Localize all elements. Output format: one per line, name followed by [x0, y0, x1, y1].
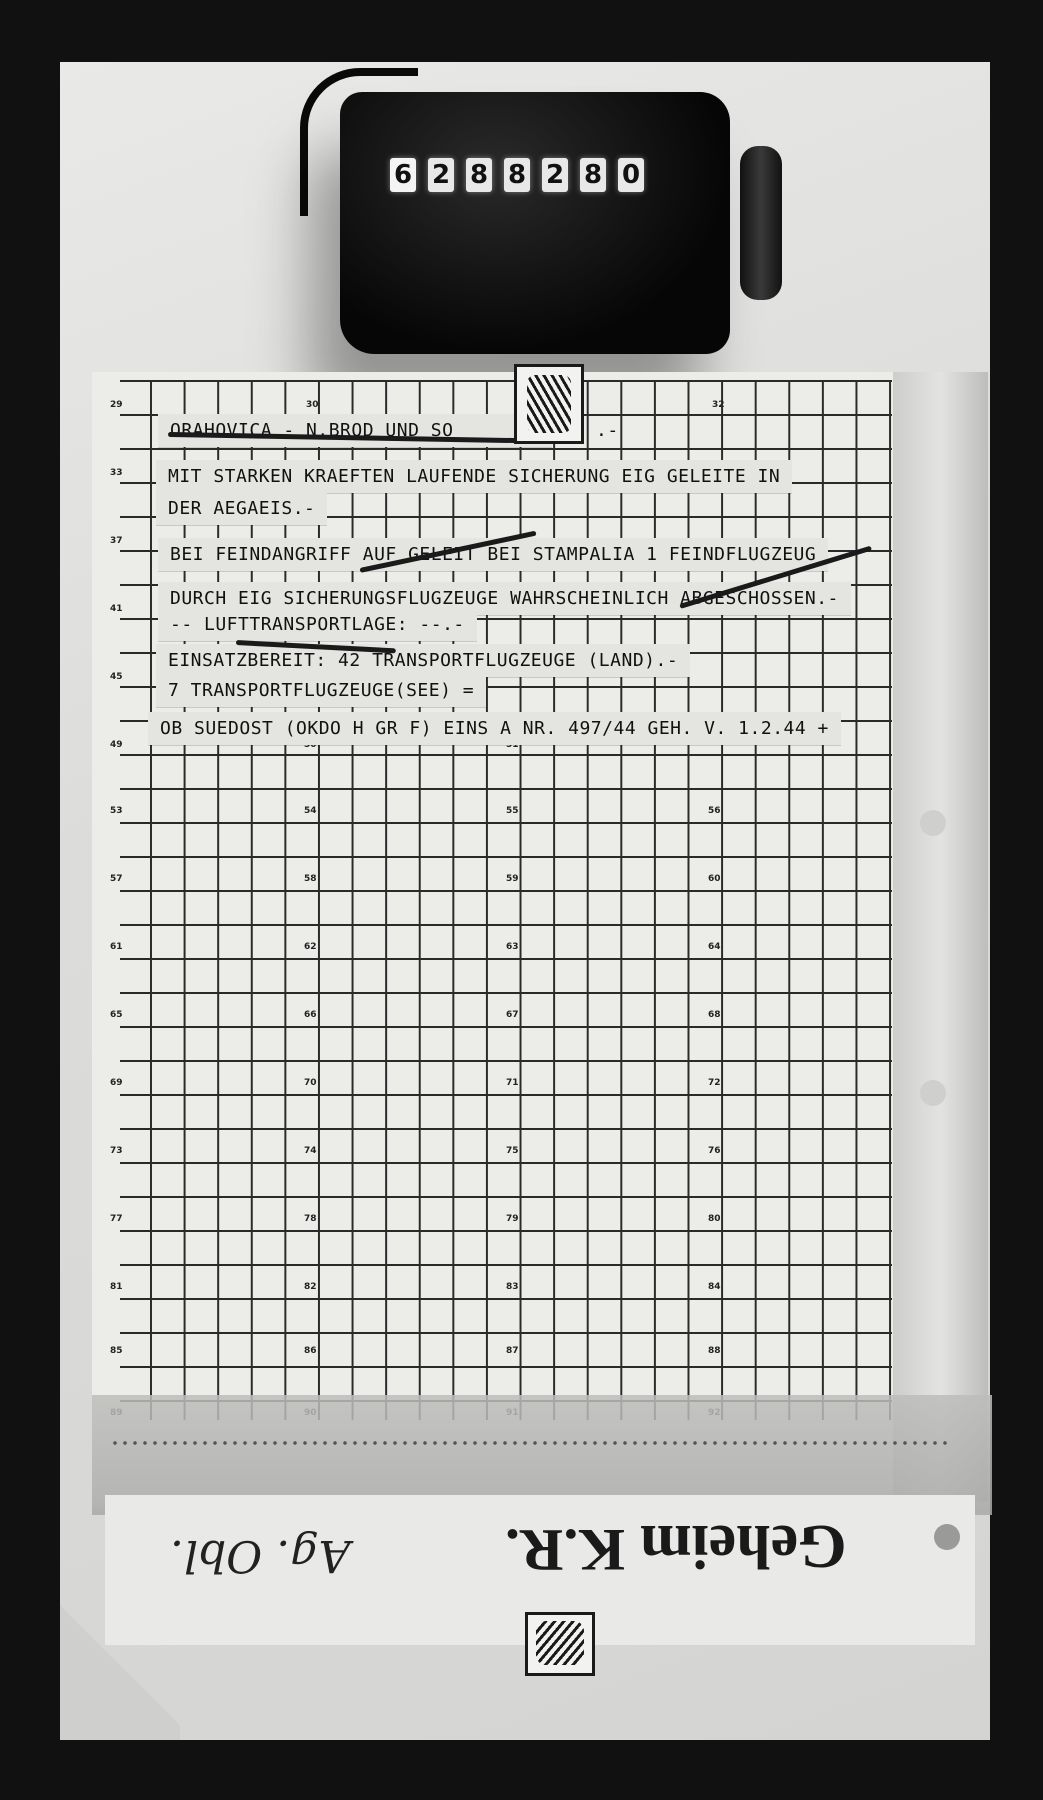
column-marker: 67	[506, 1010, 519, 1020]
counter-digit: 2	[542, 158, 568, 192]
column-marker: 83	[506, 1282, 519, 1292]
teletype-line-text: OB SUEDOST (OKDO H GR F) EINS A NR. 497/…	[160, 718, 829, 739]
column-marker: 74	[304, 1146, 317, 1156]
teletype-line: OB SUEDOST (OKDO H GR F) EINS A NR. 497/…	[148, 712, 841, 745]
classification-stamp: Geheim	[640, 1510, 847, 1581]
row-number: 53	[110, 806, 123, 816]
column-marker: 82	[304, 1282, 317, 1292]
counter-knob	[740, 146, 782, 300]
column-marker: 87	[506, 1346, 519, 1356]
column-marker: 78	[304, 1214, 317, 1224]
teletype-line-text: EINSATZBEREIT: 42 TRANSPORTFLUGZEUGE (LA…	[168, 650, 678, 671]
teletype-line-text: 7 TRANSPORTFLUGZEUGE(SEE) =	[168, 680, 474, 701]
counter-digit: 6	[390, 158, 416, 192]
row-number: 85	[110, 1346, 123, 1356]
column-marker: 88	[708, 1346, 721, 1356]
eagle-stamp-icon	[514, 364, 584, 444]
teletype-line-end: .-	[584, 414, 631, 447]
counter-digit: 8	[504, 158, 530, 192]
column-marker: 59	[506, 874, 519, 884]
row-number: 73	[110, 1146, 123, 1156]
column-marker: 32	[712, 400, 725, 410]
column-marker: 63	[506, 942, 519, 952]
row-number: 37	[110, 536, 123, 546]
column-marker: 70	[304, 1078, 317, 1088]
teletype-line-text: BEI FEINDANGRIFF AUF GELEIT BEI STAMPALI…	[170, 544, 816, 565]
marking-stamp: K.R.	[505, 1515, 625, 1584]
column-marker: 64	[708, 942, 721, 952]
column-marker: 75	[506, 1146, 519, 1156]
frame-counter-device	[340, 92, 730, 354]
row-number: 65	[110, 1010, 123, 1020]
column-marker: 84	[708, 1282, 721, 1292]
row-number: 49	[110, 740, 123, 750]
teletype-line-text: MIT STARKEN KRAEFTEN LAUFENDE SICHERUNG …	[168, 466, 780, 487]
row-number: 77	[110, 1214, 123, 1224]
row-number: 57	[110, 874, 123, 884]
counter-digit: 8	[466, 158, 492, 192]
counter-digit: 8	[580, 158, 606, 192]
eagle-stamp-icon	[525, 1612, 595, 1676]
row-number: 29	[110, 400, 123, 410]
punch-hole	[934, 1524, 960, 1550]
row-number: 33	[110, 468, 123, 478]
row-number: 69	[110, 1078, 123, 1088]
column-marker: 80	[708, 1214, 721, 1224]
counter-digit: 0	[618, 158, 644, 192]
perforation-row	[110, 1441, 950, 1445]
row-number: 45	[110, 672, 123, 682]
row-number: 61	[110, 942, 123, 952]
teletype-line: 7 TRANSPORTFLUGZEUGE(SEE) =	[156, 674, 486, 707]
form-edge-strip	[893, 372, 988, 1502]
teletype-line-text: -- LUFTTRANSPORTLAGE: --.-	[170, 614, 465, 635]
column-marker: 86	[304, 1346, 317, 1356]
column-marker: 58	[304, 874, 317, 884]
column-marker: 56	[708, 806, 721, 816]
frame-counter-digits: 6 2 8 8 2 8 0	[390, 158, 644, 192]
column-marker: 76	[708, 1146, 721, 1156]
column-marker: 55	[506, 806, 519, 816]
column-marker: 71	[506, 1078, 519, 1088]
punch-hole	[920, 810, 946, 836]
column-marker: 30	[306, 400, 319, 410]
column-marker: 72	[708, 1078, 721, 1088]
teletype-line-text: DER AEGAEIS.-	[168, 498, 315, 519]
row-number: 81	[110, 1282, 123, 1292]
column-marker: 54	[304, 806, 317, 816]
column-marker: 66	[304, 1010, 317, 1020]
column-marker: 60	[708, 874, 721, 884]
row-number: 41	[110, 604, 123, 614]
column-marker: 62	[304, 942, 317, 952]
handwritten-signature: Ag. Obl.	[170, 1530, 350, 1581]
teletype-line: MIT STARKEN KRAEFTEN LAUFENDE SICHERUNG …	[156, 460, 792, 493]
teletype-line: EINSATZBEREIT: 42 TRANSPORTFLUGZEUGE (LA…	[156, 644, 690, 677]
punch-hole	[920, 1080, 946, 1106]
column-marker: 68	[708, 1010, 721, 1020]
counter-digit: 2	[428, 158, 454, 192]
column-marker: 79	[506, 1214, 519, 1224]
teletype-line: DER AEGAEIS.-	[156, 492, 327, 525]
teletype-line: -- LUFTTRANSPORTLAGE: --.-	[158, 608, 477, 641]
